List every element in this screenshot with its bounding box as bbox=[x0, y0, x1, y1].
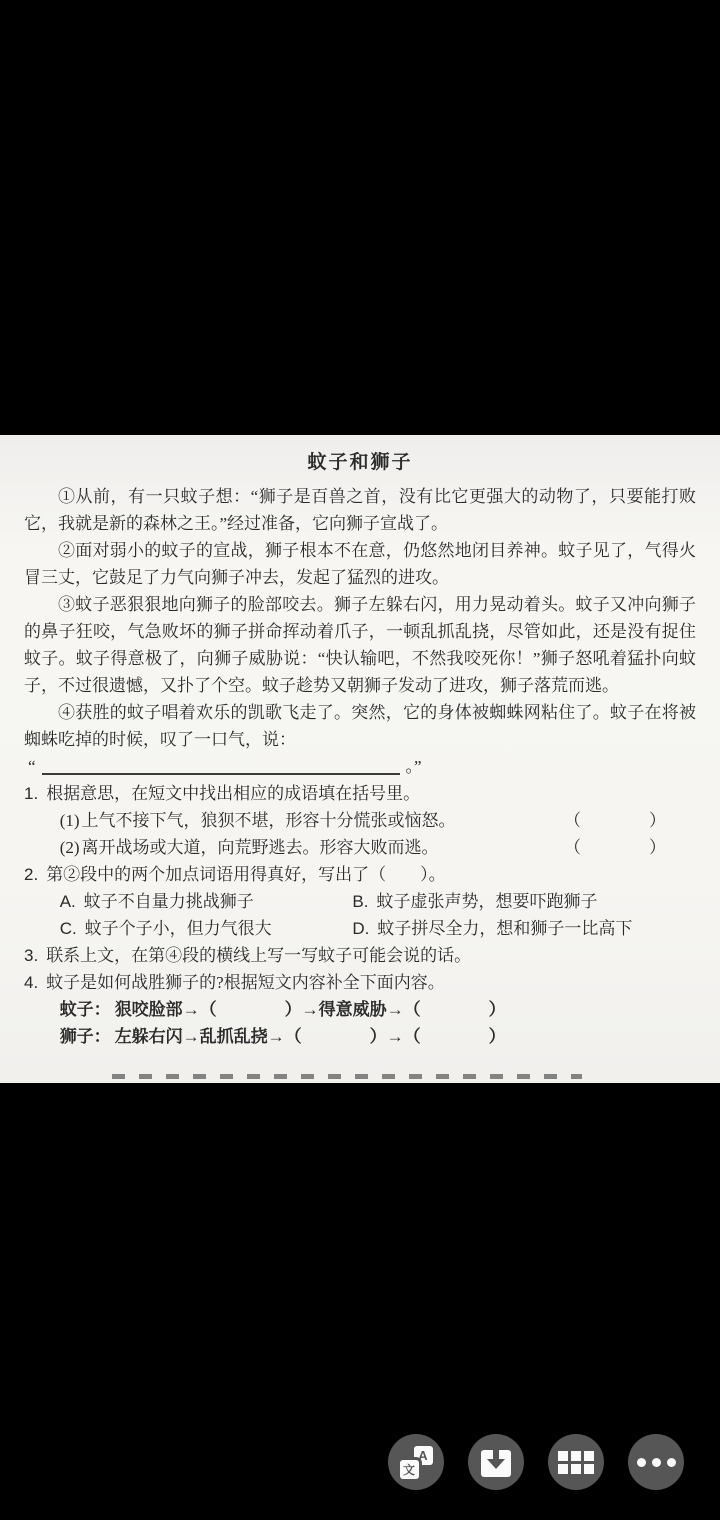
sub-1-text: 上气不接下气，狼狈不堪，形容十分慌张或恼怒。 bbox=[82, 811, 456, 830]
question-3-text: 联系上文，在第④段的横线上写一写蚊子可能会说的话。 bbox=[46, 946, 471, 965]
question-2-number: 2. bbox=[24, 861, 38, 888]
translate-icon-cjk-square: 文 bbox=[400, 1460, 419, 1479]
passage-paragraph-3: ③蚊子恶狠狠地向狮子的脸部咬去。狮子左躲右闪，用力晃动着头。蚊子又冲向狮子的鼻子… bbox=[24, 591, 696, 699]
option-a-text: 蚊子不自量力挑战狮子 bbox=[84, 892, 254, 911]
question-3: 3.联系上文，在第④段的横线上写一写蚊子可能会说的话。 bbox=[24, 942, 696, 969]
blank-underline bbox=[42, 773, 400, 775]
question-2: 2.第②段中的两个加点词语用得真好，写出了（ ）。 bbox=[24, 861, 696, 888]
open-quote: “ bbox=[28, 753, 36, 780]
flow-lion-label: 狮子： bbox=[60, 1027, 111, 1046]
option-d: D.蚊子拼尽全力，想和狮子一比高下 bbox=[352, 915, 696, 942]
passage-paragraph-2: ②面对弱小的蚊子的宣战，狮子根本不在意，仍悠然地闭目养神。蚊子见了，气得火冒三丈… bbox=[24, 537, 696, 591]
question-4: 4.蚊子是如何战胜狮子的?根据短文内容补全下面内容。 bbox=[24, 969, 696, 996]
option-d-label: D. bbox=[352, 919, 369, 938]
action-toolbar: A 文 bbox=[388, 1434, 684, 1490]
question-4-number: 4. bbox=[24, 969, 38, 996]
phone-screen: 蚊子和狮子 ①从前，有一只蚊子想：“狮子是百兽之首，没有比它更强大的动物了，只要… bbox=[0, 0, 720, 1520]
option-b: B.蚊子虚张声势，想要吓跑狮子 bbox=[352, 888, 696, 915]
worksheet-title: 蚊子和狮子 bbox=[24, 449, 696, 476]
question-4-flow-lion: 狮子：左躲右闪→乱抓乱挠→（ ）→（ ） bbox=[24, 1023, 696, 1050]
option-c-text: 蚊子个子小，但力气很大 bbox=[85, 919, 272, 938]
question-1-text: 根据意思，在短文中找出相应的成语填在括号里。 bbox=[46, 784, 420, 803]
question-3-number: 3. bbox=[24, 942, 38, 969]
sub-2-label: (2) bbox=[60, 838, 80, 857]
passage-paragraph-4: ④获胜的蚊子唱着欢乐的凯歌飞走了。突然，它的身体被蜘蛛网粘住了。蚊子在将被蜘蛛吃… bbox=[24, 699, 696, 753]
translate-icon: A 文 bbox=[400, 1446, 433, 1479]
option-c: C.蚊子个子小，但力气很大 bbox=[60, 915, 353, 942]
grid-icon bbox=[558, 1451, 594, 1474]
sub-1-answer-parens: （ ） bbox=[564, 807, 666, 834]
flow-lion-sequence: 左躲右闪→乱抓乱挠→（ ）→（ ） bbox=[115, 1027, 506, 1046]
question-1-sub-2: (2)离开战场或大道，向荒野逃去。形容大败而逃。 （ ） bbox=[24, 834, 696, 861]
worksheet-page: 蚊子和狮子 ①从前，有一只蚊子想：“狮子是百兽之首，没有比它更强大的动物了，只要… bbox=[0, 435, 720, 1083]
flow-mosquito-sequence: 狠咬脸部→（ ）→得意威胁→（ ） bbox=[115, 1000, 506, 1019]
question-2-text: 第②段中的两个加点词语用得真好，写出了（ ）。 bbox=[46, 865, 446, 884]
translate-button[interactable]: A 文 bbox=[388, 1434, 444, 1490]
download-icon bbox=[480, 1446, 512, 1478]
more-button[interactable] bbox=[628, 1434, 684, 1490]
question-1: 1.根据意思，在短文中找出相应的成语填在括号里。 bbox=[24, 780, 696, 807]
more-icon bbox=[637, 1458, 676, 1467]
option-a-label: A. bbox=[60, 892, 76, 911]
option-b-label: B. bbox=[352, 892, 368, 911]
option-a: A.蚊子不自量力挑战狮子 bbox=[60, 888, 353, 915]
flow-mosquito-label: 蚊子： bbox=[60, 1000, 111, 1019]
answer-fill-line: “ 。” bbox=[24, 753, 696, 780]
sub-2-answer-parens: （ ） bbox=[564, 834, 666, 861]
sub-2-text: 离开战场或大道，向荒野逃去。形容大败而逃。 bbox=[82, 838, 439, 857]
passage-paragraph-1: ①从前，有一只蚊子想：“狮子是百兽之首，没有比它更强大的动物了，只要能打败它，我… bbox=[24, 483, 696, 537]
question-1-sub-1: (1)上气不接下气，狼狈不堪，形容十分慌张或恼怒。 （ ） bbox=[24, 807, 696, 834]
option-d-text: 蚊子拼尽全力，想和狮子一比高下 bbox=[377, 919, 632, 938]
sub-1-label: (1) bbox=[60, 811, 80, 830]
question-4-text: 蚊子是如何战胜狮子的?根据短文内容补全下面内容。 bbox=[46, 973, 445, 992]
cutoff-text-remnant bbox=[112, 1074, 582, 1079]
option-b-text: 蚊子虚张声势，想要吓跑狮子 bbox=[376, 892, 597, 911]
option-c-label: C. bbox=[60, 919, 77, 938]
question-1-number: 1. bbox=[24, 780, 38, 807]
grid-button[interactable] bbox=[548, 1434, 604, 1490]
close-quote: 。” bbox=[406, 753, 422, 780]
question-2-options: A.蚊子不自量力挑战狮子 B.蚊子虚张声势，想要吓跑狮子 C.蚊子个子小，但力气… bbox=[24, 888, 696, 942]
download-button[interactable] bbox=[468, 1434, 524, 1490]
question-4-flow-mosquito: 蚊子：狠咬脸部→（ ）→得意威胁→（ ） bbox=[24, 996, 696, 1023]
